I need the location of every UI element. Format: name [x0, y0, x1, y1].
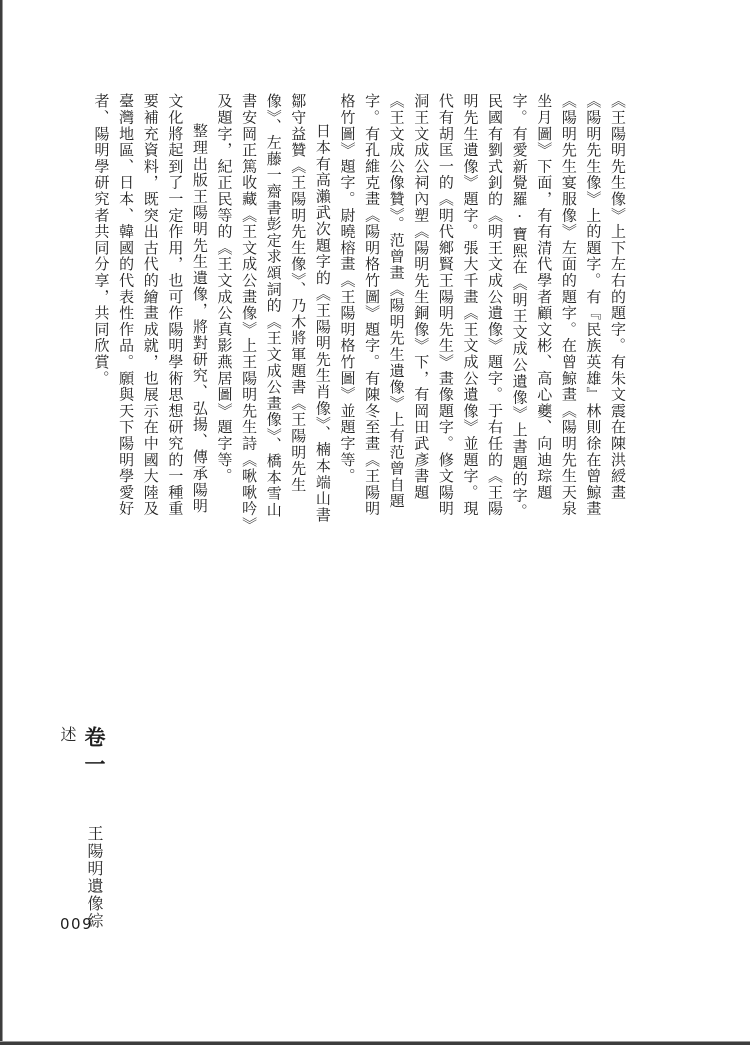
scan-edge-left — [0, 0, 2, 1045]
main-text-block: 《王陽明先生像》上下左右的題字。有朱文震在陳洪綬畫《陽明先生像》上的題字。有『民… — [89, 93, 630, 529]
body-paragraph: 《王陽明先生像》上下左右的題字。有朱文震在陳洪綬畫《陽明先生像》上的題字。有『民… — [335, 93, 630, 529]
page-number: 009 — [60, 915, 93, 933]
body-paragraph: 整理出版王陽明先生遺像，將對研究、弘揚、傳承陽明文化將起到了一定作用，也可作陽明… — [89, 93, 212, 529]
body-paragraph: 日本有高瀨武次題字的《王陽明先生肖像》、楠本端山書鄒守益贊《王陽明先生像》、乃木… — [212, 93, 335, 529]
book-page: 《王陽明先生像》上下左右的題字。有朱文震在陳洪綬畫《陽明先生像》上的題字。有『民… — [0, 0, 750, 1045]
volume-label: 卷一 — [82, 726, 107, 780]
running-footer: 卷一 王陽明遺像綜述 — [56, 726, 109, 936]
